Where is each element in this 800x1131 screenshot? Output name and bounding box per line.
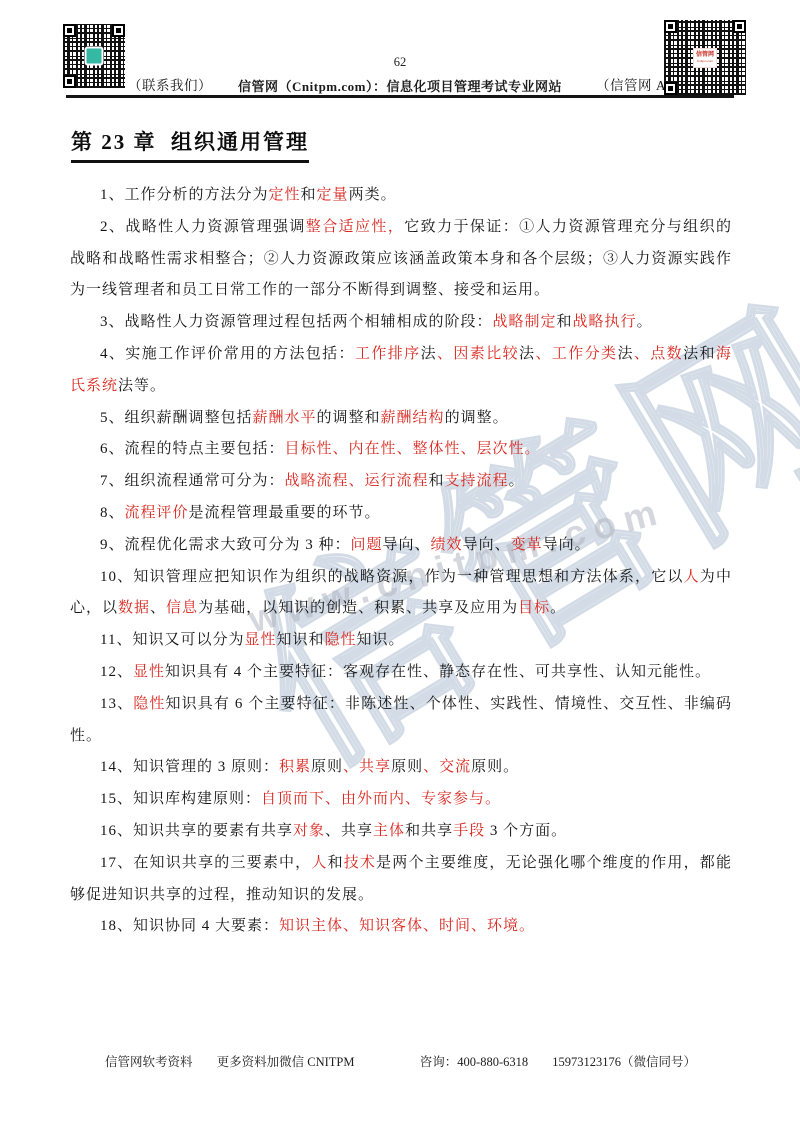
qr-finder-icon bbox=[664, 20, 677, 33]
body-text: 10、知识管理应把知识作为组织的战略资源，作为一种管理思想和方法体系，它以 bbox=[100, 569, 684, 585]
list-item: 18、知识协同 4 大要素：知识主体、知识客体、时间、环境。 bbox=[70, 911, 732, 943]
list-item: 9、流程优化需求大致可分为 3 种：问题导向、绩效导向、变革导向。 bbox=[70, 530, 732, 562]
list-item: 14、知识管理的 3 原则：积累原则、共享原则、交流原则。 bbox=[70, 752, 732, 784]
list-item: 13、隐性知识具有 6 个主要特征：非陈述性、个体性、实践性、情境性、交互性、非… bbox=[70, 689, 732, 753]
footer-left: 信管网软考资料 更多资料加微信 CNITPM bbox=[105, 1052, 355, 1070]
body-text: 3 个方面。 bbox=[485, 823, 567, 839]
body-text: 16、知识共享的要素有共享 bbox=[100, 823, 293, 839]
highlight-text: 工作排序 bbox=[355, 346, 421, 362]
body-text: 和共享 bbox=[405, 823, 453, 839]
highlight-text: 显性 bbox=[244, 632, 276, 648]
highlight-text: 目标性、内在性、整体性、层次性。 bbox=[285, 441, 541, 457]
page-footer: 信管网软考资料 更多资料加微信 CNITPM 咨询：400-880-6318 1… bbox=[0, 1052, 800, 1070]
body-text: 和 bbox=[429, 473, 445, 489]
body-text: 的调整。 bbox=[445, 410, 509, 426]
body-text: 。 bbox=[637, 314, 653, 330]
highlight-text: 目标 bbox=[518, 600, 550, 616]
highlight-text: 整合适应性， bbox=[306, 219, 404, 235]
body-text: 3、战略性人力资源管理过程包括两个相辅相成的阶段： bbox=[100, 314, 493, 330]
qr-finder-icon bbox=[63, 24, 76, 37]
body-text: 法 bbox=[519, 346, 535, 362]
body-text: 是流程管理最重要的环节。 bbox=[189, 505, 381, 521]
highlight-text: 隐性 bbox=[133, 696, 165, 712]
body-text: 知识。 bbox=[357, 632, 405, 648]
highlight-text: 显性 bbox=[133, 664, 165, 680]
list-item: 12、显性知识具有 4 个主要特征：客观存在性、静态存在性、可共享性、认知元能性… bbox=[70, 657, 732, 689]
body-text: 4、实施工作评价常用的方法包括： bbox=[100, 346, 355, 362]
footer-wechat: 更多资料加微信 CNITPM bbox=[217, 1055, 355, 1069]
body-text: 14、知识管理的 3 原则： bbox=[100, 759, 279, 775]
body-text: 原则 bbox=[311, 759, 343, 775]
qr-finder-icon bbox=[664, 82, 677, 95]
body-text: 导向。 bbox=[543, 537, 591, 553]
body-text: 13、 bbox=[100, 696, 133, 712]
list-item: 5、组织薪酬调整包括薪酬水平的调整和薪酬结构的调整。 bbox=[70, 403, 732, 435]
highlight-text: 定量 bbox=[317, 187, 349, 203]
list-item: 1、工作分析的方法分为定性和定量两类。 bbox=[70, 180, 732, 212]
highlight-text: 定性 bbox=[269, 187, 301, 203]
body-text: 法和 bbox=[683, 346, 716, 362]
footer-right: 咨询：400-880-6318 15973123176（微信同号） bbox=[420, 1052, 696, 1070]
body-text: 12、 bbox=[100, 664, 133, 680]
highlight-text: 知识主体、知识客体、时间、环境。 bbox=[279, 918, 535, 934]
highlight-text: 隐性 bbox=[324, 632, 356, 648]
list-item: 17、在知识共享的三要素中，人和技术是两个主要维度，无论强化哪个维度的作用，都能… bbox=[70, 848, 732, 912]
body-text: 的调整和 bbox=[317, 410, 381, 426]
body-text: 15、知识库构建原则： bbox=[100, 791, 261, 807]
highlight-text: 薪酬结构 bbox=[381, 410, 445, 426]
chapter-title: 第 23 章 组织通用管理 bbox=[71, 126, 309, 163]
highlight-text: 、交流 bbox=[423, 759, 471, 775]
body-text: 1、工作分析的方法分为 bbox=[100, 187, 269, 203]
list-item: 8、流程评价是流程管理最重要的环节。 bbox=[70, 498, 732, 530]
highlight-text: 支持流程 bbox=[445, 473, 509, 489]
highlight-text: 数据 bbox=[118, 600, 150, 616]
highlight-text: 、因素比较 bbox=[437, 346, 519, 362]
list-item: 3、战略性人力资源管理过程包括两个相辅相成的阶段：战略制定和战略执行。 bbox=[70, 307, 732, 339]
highlight-text: 手段 bbox=[453, 823, 485, 839]
footer-brand: 信管网软考资料 bbox=[105, 1055, 193, 1069]
body-text: 。 bbox=[550, 600, 566, 616]
list-item: 11、知识又可以分为显性知识和隐性知识。 bbox=[70, 625, 732, 657]
body-text: 原则 bbox=[391, 759, 423, 775]
body-text: 、 bbox=[150, 600, 166, 616]
qr-finder-icon bbox=[733, 20, 746, 33]
highlight-text: 人 bbox=[684, 569, 700, 585]
body-text: 17、在知识共享的三要素中， bbox=[100, 855, 311, 871]
highlight-text: 对象 bbox=[293, 823, 325, 839]
qr-logo-subtext: Cnitpm.com bbox=[697, 59, 713, 63]
highlight-text: 自顶而下、由外而内、专家参与。 bbox=[261, 791, 501, 807]
highlight-text: 、点数 bbox=[634, 346, 683, 362]
highlight-text: 战略流程、运行流程 bbox=[285, 473, 429, 489]
body-text: 5、组织薪酬调整包括 bbox=[100, 410, 253, 426]
list-item: 7、组织流程通常可分为：战略流程、运行流程和支持流程。 bbox=[70, 466, 732, 498]
body-text: 2、战略性人力资源管理强调 bbox=[100, 219, 306, 235]
body-text: 和 bbox=[328, 855, 344, 871]
highlight-text: 战略制定 bbox=[493, 314, 557, 330]
body-text: 和 bbox=[557, 314, 573, 330]
page-content: 第 23 章 组织通用管理 1、工作分析的方法分为定性和定量两类。2、战略性人力… bbox=[70, 120, 732, 943]
body-text: 导向、 bbox=[383, 537, 431, 553]
highlight-text: 薪酬水平 bbox=[253, 410, 317, 426]
document-page: （联系我们） 62 信管网（Cnitpm.com）：信息化项目管理考试专业网站 … bbox=[0, 0, 800, 1131]
body-text: 和 bbox=[301, 187, 317, 203]
body-text: 知识和 bbox=[276, 632, 324, 648]
body-text: 法等。 bbox=[118, 378, 166, 394]
body-text: 8、 bbox=[100, 505, 125, 521]
body-text: 7、组织流程通常可分为： bbox=[100, 473, 285, 489]
list-item: 10、知识管理应把知识作为组织的战略资源，作为一种管理思想和方法体系，它以人为中… bbox=[70, 562, 732, 626]
body-text: 9、流程优化需求大致可分为 3 种： bbox=[100, 537, 351, 553]
body-text: 知识具有 4 个主要特征：客观存在性、静态存在性、可共享性、认知元能性。 bbox=[165, 664, 711, 680]
body-text: 6、流程的特点主要包括： bbox=[100, 441, 285, 457]
highlight-text: 技术 bbox=[344, 855, 376, 871]
body-text: 导向、 bbox=[463, 537, 511, 553]
list-item: 4、实施工作评价常用的方法包括：工作排序法、因素比较法、工作分类法、点数法和海氏… bbox=[70, 339, 732, 403]
body-text: 法 bbox=[617, 346, 633, 362]
highlight-text: 问题 bbox=[351, 537, 383, 553]
qr-finder-icon bbox=[112, 24, 125, 37]
qr-logo-text: 信管网 bbox=[696, 52, 714, 59]
highlight-text: 战略执行 bbox=[573, 314, 637, 330]
footer-mobile-phone: 15973123176（微信同号） bbox=[552, 1055, 696, 1069]
body-text: 为基础，以知识的创造、积累、共享及应用为 bbox=[198, 600, 518, 616]
highlight-text: 、共享 bbox=[343, 759, 391, 775]
highlight-text: 变革 bbox=[511, 537, 543, 553]
body-text: 两类。 bbox=[349, 187, 397, 203]
header-divider bbox=[66, 95, 734, 98]
body-text: 知识具有 6 个主要特征：非陈述性、个体性、实践性、情境性、交互性、非编码性。 bbox=[70, 696, 732, 744]
list-item: 6、流程的特点主要包括：目标性、内在性、整体性、层次性。 bbox=[70, 434, 732, 466]
highlight-text: 绩效 bbox=[431, 537, 463, 553]
body-text: 。 bbox=[509, 473, 525, 489]
body-text: 、共享 bbox=[325, 823, 373, 839]
list-item: 15、知识库构建原则：自顶而下、由外而内、专家参与。 bbox=[70, 784, 732, 816]
highlight-text: 主体 bbox=[373, 823, 405, 839]
app-qr-label: （信管网 AP bbox=[596, 74, 674, 94]
highlight-text: 信息 bbox=[166, 600, 198, 616]
cnitpm-brand-logo-icon: 信管网 Cnitpm.com bbox=[693, 48, 717, 68]
highlight-text: 人 bbox=[311, 855, 327, 871]
list-item: 16、知识共享的要素有共享对象、共享主体和共享手段 3 个方面。 bbox=[70, 816, 732, 848]
list-item: 2、战略性人力资源管理强调整合适应性，它致力于保证：①人力资源管理充分与组织的战… bbox=[70, 212, 732, 307]
content-items: 1、工作分析的方法分为定性和定量两类。2、战略性人力资源管理强调整合适应性，它致… bbox=[70, 180, 732, 943]
app-qr-code: 信管网 Cnitpm.com bbox=[664, 20, 746, 95]
body-text: 法 bbox=[421, 346, 437, 362]
footer-consult-phone: 咨询：400-880-6318 bbox=[420, 1055, 528, 1069]
highlight-text: 流程评价 bbox=[125, 505, 189, 521]
highlight-text: 、工作分类 bbox=[535, 346, 617, 362]
body-text: 原则。 bbox=[471, 759, 519, 775]
body-text: 11、知识又可以分为 bbox=[100, 632, 244, 648]
highlight-text: 积累 bbox=[279, 759, 311, 775]
body-text: 18、知识协同 4 大要素： bbox=[100, 918, 279, 934]
